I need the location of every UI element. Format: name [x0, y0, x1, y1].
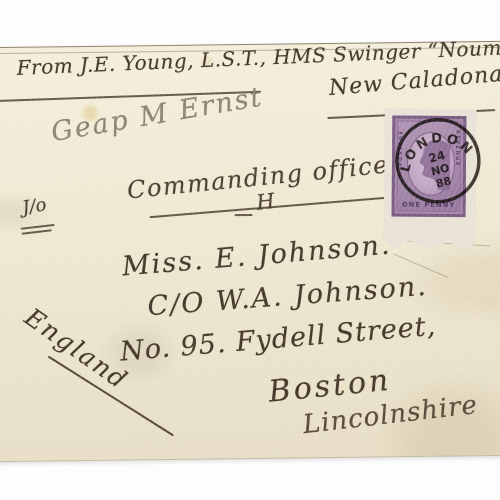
photograph-of-envelope: From J.E. Young, L.S.T., HMS Swinger “No… — [0, 0, 500, 500]
docket-note: J/o — [21, 194, 48, 218]
address-line: Miss. E. Johnson. — [121, 229, 393, 282]
forwarding-mark: H — [255, 189, 276, 215]
docket-underline-2 — [22, 229, 52, 234]
forwarding-dash — [235, 214, 253, 216]
envelope: From J.E. Young, L.S.T., HMS Swinger “No… — [0, 41, 500, 462]
pencil-annotation: Geap M Ernst — [49, 82, 266, 149]
origin-line: New Caladona — [328, 62, 500, 101]
postmark-year: 88 — [435, 174, 453, 190]
country-label: England — [19, 302, 133, 395]
